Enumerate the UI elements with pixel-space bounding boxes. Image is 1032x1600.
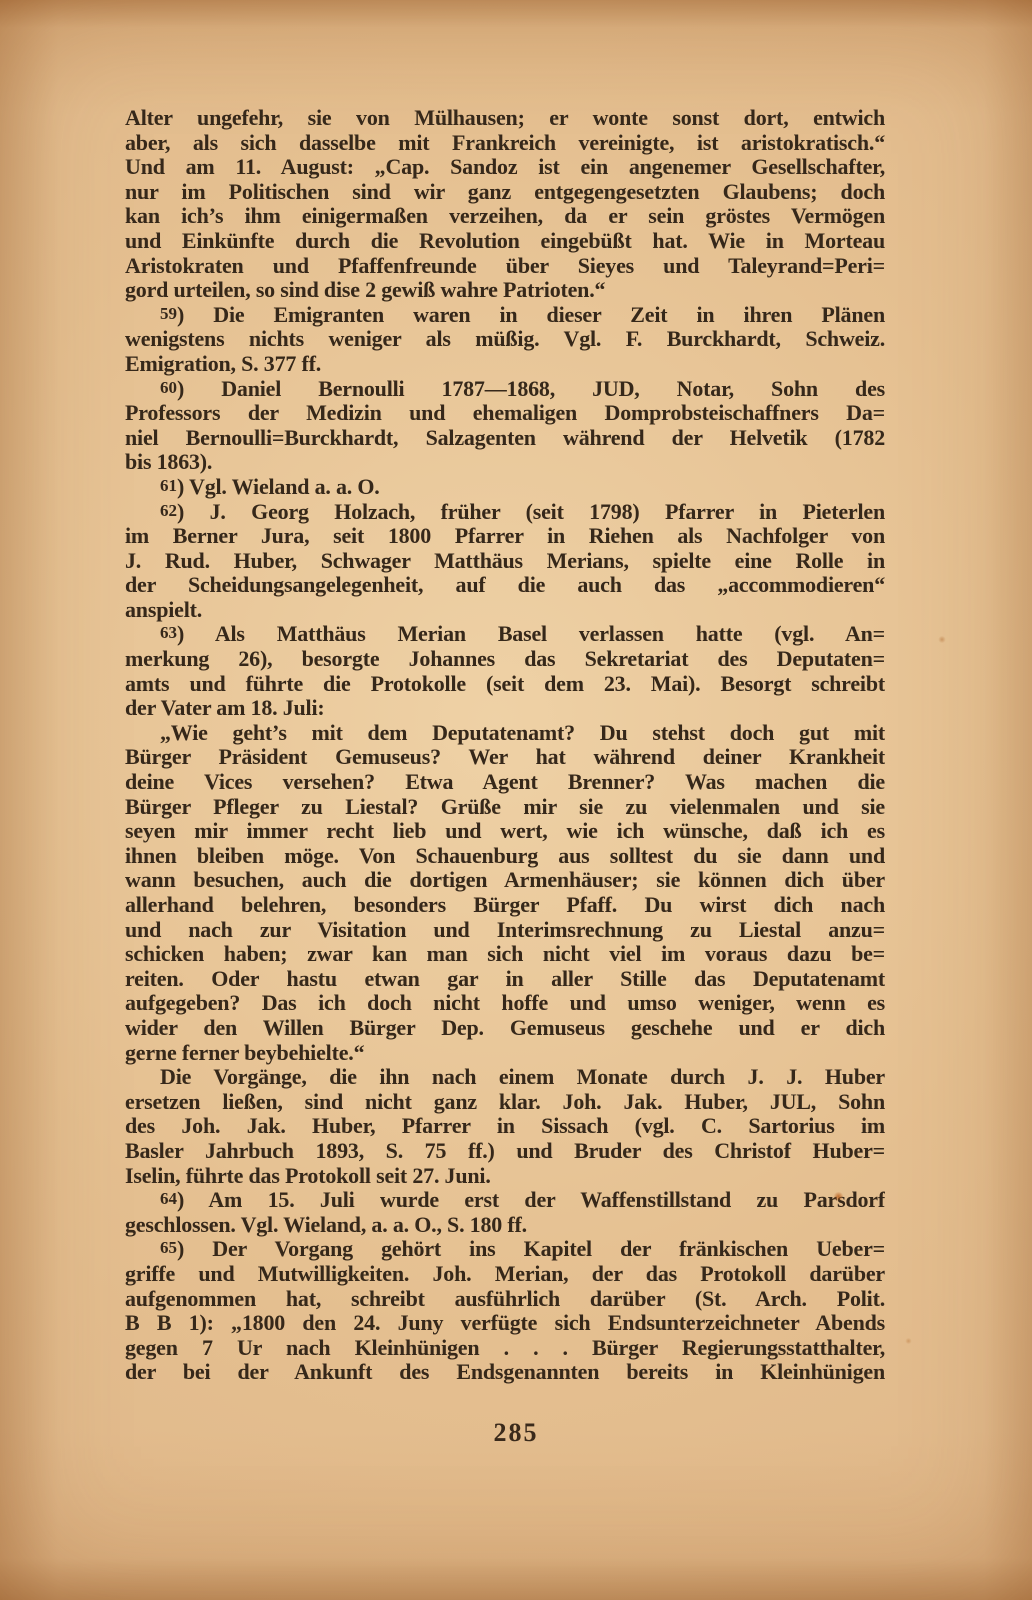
paper-stain [833, 1192, 844, 1201]
footnote-number: 64 [160, 1189, 177, 1208]
text-line: 59) Die Emigranten waren in dieser Zeit … [125, 303, 885, 328]
text-line: und Einkünfte durch die Revolution einge… [125, 229, 885, 254]
text-line: seyen mir immer recht lieb und wert, wie… [125, 819, 885, 844]
footnote-number: 65 [160, 1238, 177, 1257]
text-line: kan ich’s ihm einigermaßen verzeihen, da… [125, 204, 885, 229]
text-line: Basler Jahrbuch 1893, S. 75 ff.) und Bru… [125, 1139, 885, 1164]
text-line: anspielt. [125, 598, 885, 623]
text-line: ihnen bleiben möge. Von Schauenburg aus … [125, 844, 885, 869]
text-line: Alter ungefehr, sie von Mülhausen; er wo… [125, 106, 885, 131]
text-line: 63) Als Matthäus Merian Basel verlassen … [125, 622, 885, 647]
text-line: Iselin, führte das Protokoll seit 27. Ju… [125, 1164, 885, 1189]
page-number: 285 [0, 1418, 1032, 1448]
text-line: Bürger Präsident Gemuseus? Wer hat währe… [125, 745, 885, 770]
text-line: allerhand belehren, besonders Bürger Pfa… [125, 893, 885, 918]
text-line: 64) Am 15. Juli wurde erst der Waffensti… [125, 1188, 885, 1213]
footnote-number: 63 [160, 623, 177, 642]
page-text: Alter ungefehr, sie von Mülhausen; er wo… [125, 106, 885, 1385]
text-line: 61) Vgl. Wieland a. a. O. [125, 475, 885, 500]
footnote-number: 59 [160, 304, 177, 323]
text-line: gegen 7 Ur nach Kleinhünigen . . . Bürge… [125, 1336, 885, 1361]
text-line: 60) Daniel Bernoulli 1787—1868, JUD, Not… [125, 377, 885, 402]
text-line: amts und führte die Protokolle (seit dem… [125, 672, 885, 697]
text-line: wider den Willen Bürger Dep. Gemuseus ge… [125, 1016, 885, 1041]
footnote-number: 62 [160, 501, 177, 520]
text-line: der bei der Ankunft des Endsgenannten be… [125, 1360, 885, 1385]
text-line: niel Bernoulli=Burckhardt, Salzagenten w… [125, 426, 885, 451]
text-line: deine Vices versehen? Etwa Agent Brenner… [125, 770, 885, 795]
text-line: Professors der Medizin und ehemaligen Do… [125, 401, 885, 426]
text-line: gord urteilen, so sind dise 2 gewiß wahr… [125, 278, 885, 303]
text-line: der Vater am 18. Juli: [125, 696, 885, 721]
text-line: des Joh. Jak. Huber, Pfarrer in Sissach … [125, 1114, 885, 1139]
text-line: B B 1): „1800 den 24. Juny verfügte sich… [125, 1311, 885, 1336]
text-line: der Scheidungsangelegenheit, auf die auc… [125, 573, 885, 598]
text-line: schicken haben; zwar kan man sich nicht … [125, 942, 885, 967]
text-line: aber, als sich dasselbe mit Frankreich v… [125, 131, 885, 156]
text-line: „Wie geht’s mit dem Deputatenamt? Du ste… [125, 721, 885, 746]
book-page: Alter ungefehr, sie von Mülhausen; er wo… [0, 0, 1032, 1600]
text-line: Aristokraten und Pfaffenfreunde über Sie… [125, 254, 885, 279]
text-line: im Berner Jura, seit 1800 Pfarrer in Rie… [125, 524, 885, 549]
text-line: geschlossen. Vgl. Wieland, a. a. O., S. … [125, 1213, 885, 1238]
paper-stain [938, 636, 946, 643]
text-line: griffe und Mutwilligkeiten. Joh. Merian,… [125, 1262, 885, 1287]
text-line: wann besuchen, auch die dortigen Armenhä… [125, 868, 885, 893]
text-line: wenigstens nichts weniger als müßig. Vgl… [125, 327, 885, 352]
paper-stain [905, 1338, 912, 1344]
text-line: aufgegeben? Das ich doch nicht hoffe und… [125, 991, 885, 1016]
text-line: nur im Politischen sind wir ganz entgege… [125, 180, 885, 205]
text-line: Die Vorgänge, die ihn nach einem Monate … [125, 1065, 885, 1090]
text-line: 65) Der Vorgang gehört ins Kapitel der f… [125, 1237, 885, 1262]
text-line: aufgenommen hat, schreibt ausführlich da… [125, 1287, 885, 1312]
footnote-number: 61 [160, 476, 177, 495]
text-line: J. Rud. Huber, Schwager Matthäus Merians… [125, 549, 885, 574]
text-line: und nach zur Visitation und Interimsrech… [125, 918, 885, 943]
text-line: gerne ferner beybehielte.“ [125, 1041, 885, 1066]
text-line: bis 1863). [125, 450, 885, 475]
text-line: reiten. Oder hastu etwan gar in aller St… [125, 967, 885, 992]
text-line: Bürger Pfleger zu Liestal? Grüße mir sie… [125, 795, 885, 820]
footnote-number: 60 [160, 378, 177, 397]
text-line: Und am 11. August: „Cap. Sandoz ist ein … [125, 155, 885, 180]
text-line: merkung 26), besorgte Johannes das Sekre… [125, 647, 885, 672]
text-line: 62) J. Georg Holzach, früher (seit 1798)… [125, 500, 885, 525]
text-line: Emigration, S. 377 ff. [125, 352, 885, 377]
text-line: ersetzen ließen, sind nicht ganz klar. J… [125, 1090, 885, 1115]
